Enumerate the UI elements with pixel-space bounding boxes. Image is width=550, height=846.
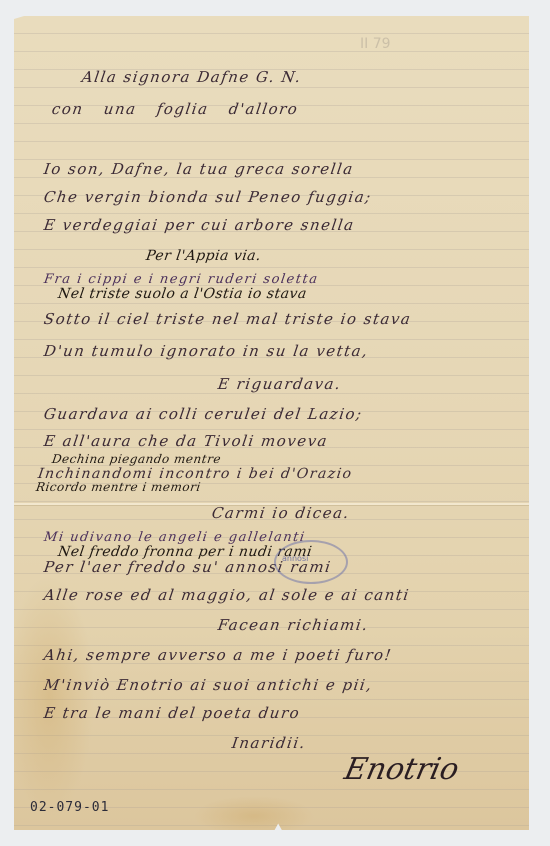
paper-stain — [4, 576, 94, 816]
poem-line-refrain: Per l'Appia via. — [145, 248, 262, 264]
dedication-line-2: con una foglia d'alloro — [51, 100, 300, 118]
poem-line: E tra le mani del poeta duro — [43, 704, 302, 722]
poem-line: Che vergin bionda sul Peneo fuggia; — [43, 188, 373, 206]
poem-line: E all'aura che da Tivoli moveva — [43, 432, 330, 450]
poem-line-refrain: Carmi io dicea. — [211, 504, 351, 522]
poem-line: Io son, Dafne, la tua greca sorella — [43, 160, 355, 178]
poem-line: Ahi, sempre avverso a me i poeti furo! — [43, 646, 394, 664]
poem-line-cancelled: Mi udivano le angeli e gallelanti — [43, 530, 307, 545]
pencil-note: II 79 — [360, 36, 391, 52]
archive-stamp: annosi — [274, 540, 348, 584]
poem-line-revision: Dechina piegando mentre — [51, 452, 222, 466]
poem-line-cancelled: Fra i cippi e i negri ruderi soletta — [43, 272, 320, 287]
poem-line-refrain: E riguardava. — [217, 375, 343, 393]
poem-line-refrain: Inaridii. — [231, 734, 307, 752]
stamp-text: annosi — [282, 554, 308, 563]
poem-line: D'un tumulo ignorato in su la vetta, — [43, 342, 370, 360]
catalog-number: 02-079-01 — [30, 800, 109, 815]
poem-line: Sotto il ciel triste nel mal triste io s… — [43, 310, 413, 328]
poem-line: M'inviò Enotrio ai suoi antichi e pii, — [43, 676, 374, 694]
author-signature: Enotrio — [341, 752, 462, 787]
dedication-line-1: Alla signora Dafne G. N. — [81, 68, 303, 86]
poem-line-refrain: Facean richiami. — [217, 616, 370, 634]
paper-stain — [194, 796, 314, 836]
poem-line-revision: Nel triste suolo a l'Ostia io stava — [57, 286, 308, 302]
poem-line: Guardava ai colli cerulei del Lazio; — [43, 405, 364, 423]
poem-line-revision: Ricordo mentre i memori — [35, 480, 202, 494]
poem-line: Alle rose ed al maggio, al sole e ai can… — [43, 586, 411, 604]
poem-line: E verdeggiai per cui arbore snella — [43, 216, 356, 234]
